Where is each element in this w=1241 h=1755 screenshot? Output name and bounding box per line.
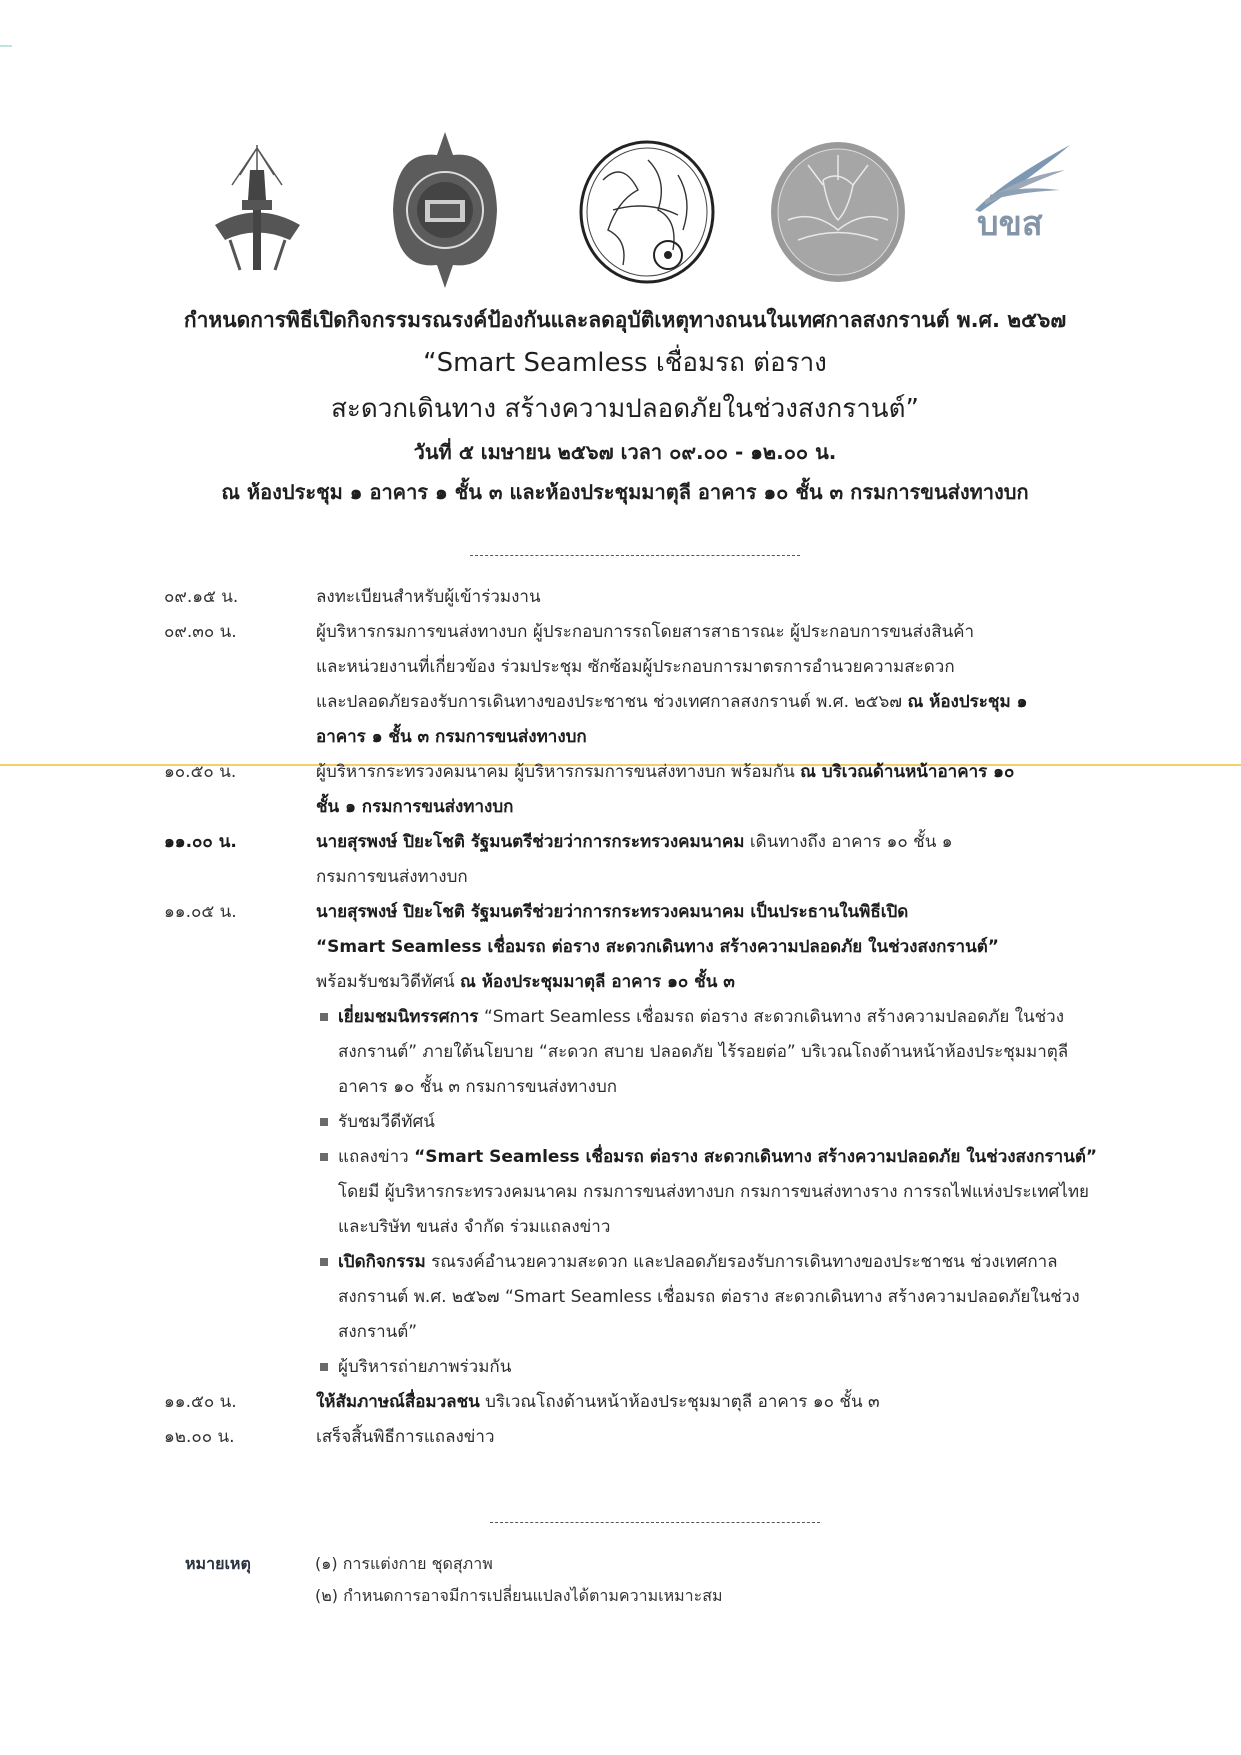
title-line-2: “Smart Seamless เชื่อมรถ ต่อราง — [130, 340, 1120, 386]
schedule-row: ๐๙.๑๕ น. ลงทะเบียนสำหรับผู้เข้าร่วมงาน — [160, 580, 1120, 615]
schedule-desc: ลงทะเบียนสำหรับผู้เข้าร่วมงาน — [316, 580, 1120, 615]
schedule-desc: นายสุรพงษ์ ปิยะโชติ รัฐมนตรีช่วยว่าการกร… — [316, 895, 1120, 1385]
bullet-square-icon — [316, 1350, 338, 1385]
schedule-row: ๑๑.๕๐ น. ให้สัมภาษณ์สื่อมวลชน บริเวณโถงด… — [160, 1385, 1120, 1420]
svg-text:บขส: บขส — [977, 205, 1043, 240]
date-line: วันที่ ๕ เมษายน ๒๕๖๗ เวลา ๐๙.๐๐ - ๑๒.๐๐ … — [130, 432, 1120, 472]
logo-strip: บขส — [200, 130, 1100, 305]
bullet-square-icon — [316, 1105, 338, 1140]
schedule-time: ๑๐.๕๐ น. — [160, 755, 316, 825]
schedule-row: ๐๙.๓๐ น. ผู้บริหารกรมการขนส่งทางบก ผู้ปร… — [160, 615, 1120, 755]
schedule-row: ๑๒.๐๐ น. เสร็จสิ้นพิธีการแถลงข่าว — [160, 1420, 1120, 1455]
ministry-of-transport-seal-icon — [578, 140, 716, 285]
note-item: (๒) กำหนดการอาจมีการเปลี่ยนแปลงได้ตามควา… — [315, 1580, 723, 1612]
title-line-3: สะดวกเดินทาง สร้างความปลอดภัยในช่วงสงกรา… — [130, 386, 1120, 432]
schedule-desc: เสร็จสิ้นพิธีการแถลงข่าว — [316, 1420, 1120, 1455]
notes-label: หมายเหตุ — [185, 1548, 251, 1580]
document-title-block: กำหนดการพิธีเปิดกิจกรรมรณรงค์ป้องกันและล… — [130, 300, 1120, 512]
bullet-item: รับชมวีดีทัศน์ — [316, 1105, 1120, 1140]
schedule: ๐๙.๑๕ น. ลงทะเบียนสำหรับผู้เข้าร่วมงาน ๐… — [160, 580, 1120, 1455]
schedule-desc: ผู้บริหารกรมการขนส่งทางบก ผู้ประกอบการรถ… — [316, 615, 1120, 755]
divider — [470, 555, 800, 556]
schedule-row: ๑๐.๕๐ น. ผู้บริหารกระทรวงคมนาคม ผู้บริหา… — [160, 755, 1120, 825]
schedule-time: ๐๙.๓๐ น. — [160, 615, 316, 755]
notes-items: (๑) การแต่งกาย ชุดสุภาพ (๒) กำหนดการอาจม… — [315, 1548, 723, 1612]
scan-artifact — [0, 45, 12, 47]
schedule-time: ๐๙.๑๕ น. — [160, 580, 316, 615]
schedule-time: ๑๑.๐๐ น. — [160, 825, 316, 895]
garuda-seal-icon — [768, 140, 908, 285]
schedule-time: ๑๑.๕๐ น. — [160, 1385, 316, 1420]
bullet-item: เปิดกิจกรรม รณรงค์อำนวยความสะดวก และปลอด… — [316, 1245, 1120, 1350]
schedule-row: ๑๑.๐๐ น. นายสุรพงษ์ ปิยะโชติ รัฐมนตรีช่ว… — [160, 825, 1120, 895]
bullet-item: เยี่ยมชมนิทรรศการ “Smart Seamless เชื่อม… — [316, 1000, 1120, 1105]
bullet-item: ผู้บริหารถ่ายภาพร่วมกัน — [316, 1350, 1120, 1385]
schedule-time: ๑๑.๐๕ น. — [160, 895, 316, 1385]
schedule-row: ๑๑.๐๕ น. นายสุรพงษ์ ปิยะโชติ รัฐมนตรีช่ว… — [160, 895, 1120, 1385]
bullet-square-icon — [316, 1000, 338, 1105]
note-item: (๑) การแต่งกาย ชุดสุภาพ — [315, 1548, 723, 1580]
bullet-square-icon — [316, 1140, 338, 1245]
schedule-desc: ผู้บริหารกระทรวงคมนาคม ผู้บริหารกรมการขน… — [316, 755, 1120, 825]
schedule-desc: ให้สัมภาษณ์สื่อมวลชน บริเวณโถงด้านหน้าห้… — [316, 1385, 1120, 1420]
divider — [490, 1522, 820, 1523]
schedule-desc: นายสุรพงษ์ ปิยะโชติ รัฐมนตรีช่วยว่าการกร… — [316, 825, 1120, 895]
rail-transport-emblem-icon — [385, 130, 505, 290]
bullet-item: แถลงข่าว “Smart Seamless เชื่อมรถ ต่อราง… — [316, 1140, 1120, 1245]
venue-line: ณ ห้องประชุม ๑ อาคาร ๑ ชั้น ๓ และห้องประ… — [130, 472, 1120, 512]
title-line-1: กำหนดการพิธีเปิดกิจกรรมรณรงค์ป้องกันและล… — [130, 300, 1120, 340]
schedule-time: ๑๒.๐๐ น. — [160, 1420, 316, 1455]
bks-logo-icon: บขส — [965, 140, 1075, 240]
bullet-square-icon — [316, 1245, 338, 1350]
land-transport-emblem-icon — [210, 140, 305, 280]
